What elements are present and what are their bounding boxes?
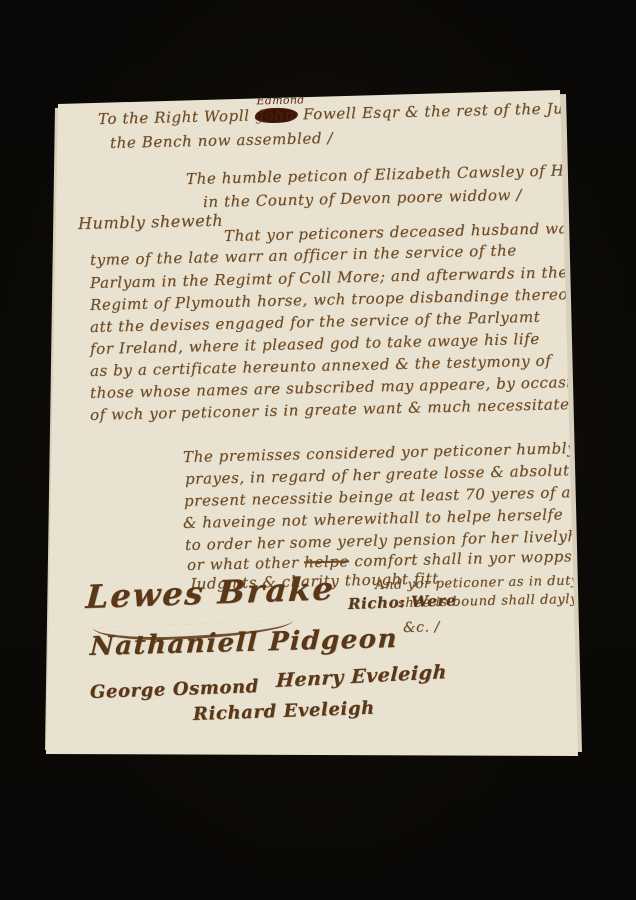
salutation: Humbly sheweth bbox=[78, 213, 224, 232]
struck-name: John bbox=[255, 107, 298, 123]
signature-henry-eveleigh: Henry Eveleigh bbox=[276, 663, 448, 691]
body-line-9: of wch yor peticoner is in greate want &… bbox=[90, 397, 580, 423]
closing-line-3: &c. / bbox=[403, 620, 440, 635]
signature-richard-eveleigh: Richard Eveleigh bbox=[193, 700, 375, 724]
prayer-line-4: & haveinge not wherewithall to helpe her… bbox=[183, 507, 563, 531]
manuscript-paper: To the Right Wopll John Edmond Fowell Es… bbox=[45, 88, 582, 760]
prayer-struck-word: helpe bbox=[304, 552, 349, 571]
address-line-1: To the Right Wopll John Edmond Fowell Es… bbox=[98, 100, 636, 127]
address-line-1-prefix: To the Right Wopll bbox=[98, 107, 250, 128]
closing-line-1: And yor peticoner as in duty bbox=[375, 574, 579, 592]
signature-richo-were: Richo: Were bbox=[348, 593, 457, 612]
manuscript-photo: To the Right Wopll John Edmond Fowell Es… bbox=[45, 88, 582, 760]
petition-title-line-2: in the County of Devon poore widdow / bbox=[203, 188, 522, 210]
inserted-name: Edmond bbox=[256, 94, 304, 106]
address-line-2: the Bench now assembled / bbox=[110, 131, 333, 151]
struck-name-wrap: John Edmond bbox=[255, 107, 298, 123]
signature-lewes-brake: Lewes Brake bbox=[85, 572, 336, 613]
prayer-line-1: The premisses considered yor peticoner h… bbox=[183, 441, 577, 465]
signature-nathaniell-pidgeon: Nathaniell Pidgeon bbox=[89, 626, 398, 660]
signature-george-osmond: George Osmond bbox=[90, 678, 259, 702]
body-line-2: tyme of the late warr an officer in the … bbox=[90, 243, 517, 268]
